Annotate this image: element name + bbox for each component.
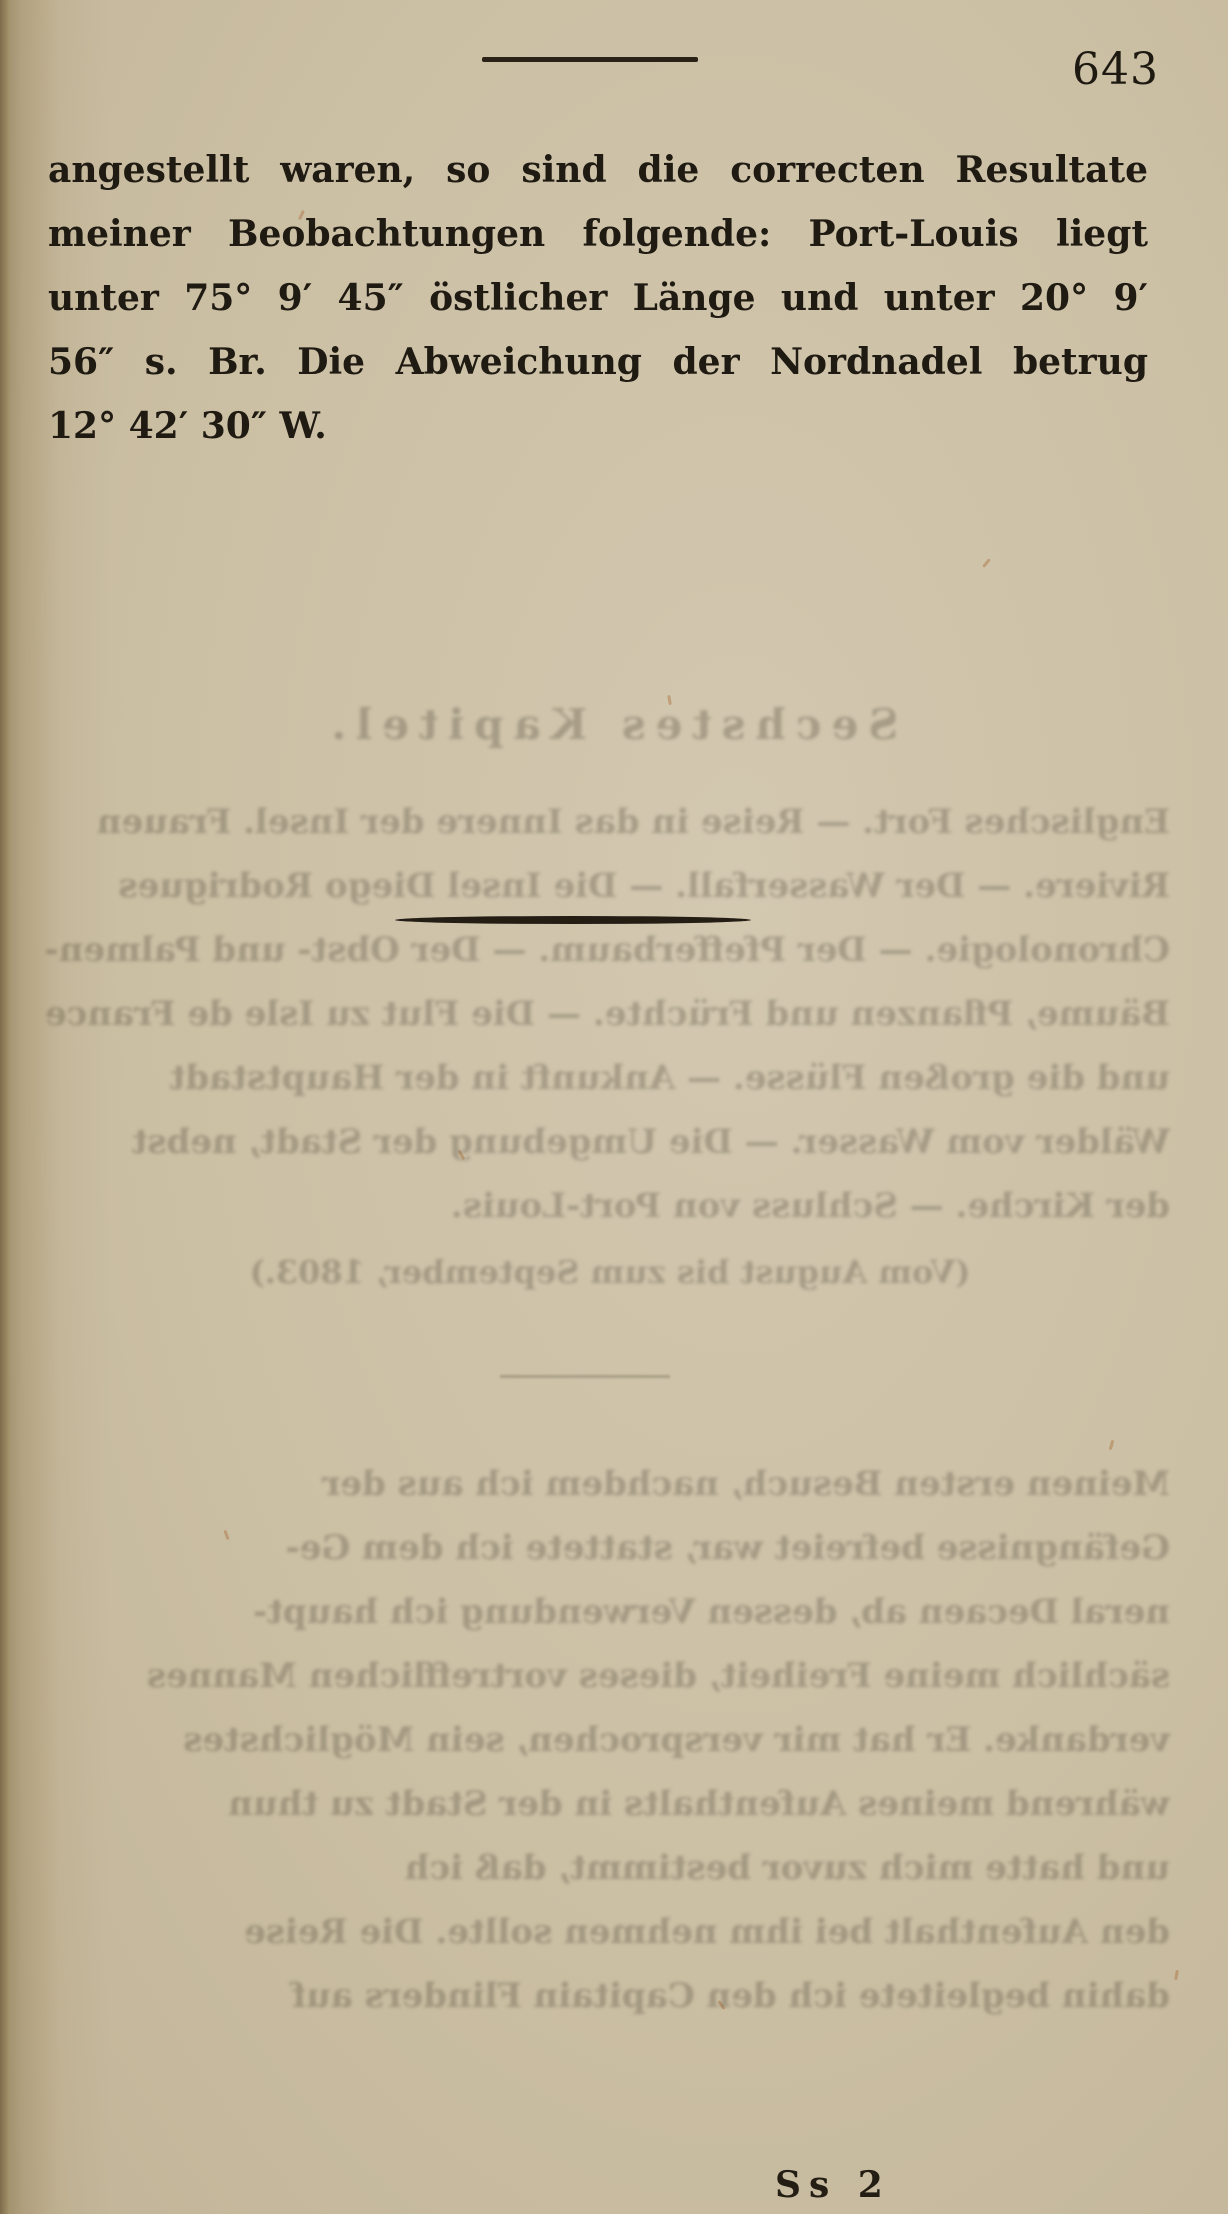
bleed-line: während meines Aufenthalts in der Stadt … xyxy=(50,1772,1170,1836)
bleed-line: und die großen Flüsse. — Ankunft in der … xyxy=(50,1046,1170,1110)
bleed-line: Meinen ersten Besuch, nachdem ich aus de… xyxy=(50,1452,1170,1516)
signature-mark: Ss 2 xyxy=(775,2164,891,2206)
bleed-line: verdanke. Er hat mir versprochen, sein M… xyxy=(50,1708,1170,1772)
text-line: 12° 42′ 30″ W. xyxy=(48,394,1148,458)
bleed-line: Bäume, Pflanzen und Früchte. — Die Flut … xyxy=(50,982,1170,1046)
bleed-line: Wälder vom Wasser. — Die Umgebung der St… xyxy=(50,1110,1170,1174)
text-line: 56″ s. Br. Die Abweichung der Nordnadel … xyxy=(48,330,1148,394)
bleed-line: und hatte mich zuvor bestimmt, daß ich xyxy=(50,1836,1170,1900)
bleed-line: neral Decaen ab, dessen Verwendung ich h… xyxy=(50,1580,1170,1644)
bleed-through-date-range: (Vom August bis zum September, 1803.) xyxy=(50,1240,1170,1304)
bleed-line: Chronologie. — Der Pfefferbaum. — Der Ob… xyxy=(50,918,1170,982)
body-paragraph: angestellt waren, so sind die correcten … xyxy=(48,138,1148,458)
bleed-through-title: Sechstes Kapitel. xyxy=(50,700,1170,749)
bleed-line: sächlich meine Freiheit, dieses vortreff… xyxy=(50,1644,1170,1708)
section-rule xyxy=(395,916,751,924)
header-rule xyxy=(482,57,698,62)
bleed-line: der Kirche. — Schluss von Port-Louis. xyxy=(50,1174,1170,1238)
document-page: 643 angestellt waren, so sind die correc… xyxy=(0,0,1228,2214)
bleed-line: Riviere. — Der Wasserfall. — Die Insel D… xyxy=(50,854,1170,918)
bleed-through-rule xyxy=(500,1375,670,1378)
bleed-through-summary: Englisches Fort. — Reise in das Innere d… xyxy=(50,790,1170,1238)
bleed-line: Englisches Fort. — Reise in das Innere d… xyxy=(50,790,1170,854)
text-line: angestellt waren, so sind die correcten … xyxy=(48,138,1148,202)
bleed-line: dahin begleitete ich den Capitain Flinde… xyxy=(50,1964,1170,2028)
page-number: 643 xyxy=(1072,44,1159,95)
text-line: unter 75° 9′ 45″ östlicher Länge und unt… xyxy=(48,266,1148,330)
bleed-line: Gefängnisse befreiet war, stattete ich d… xyxy=(50,1516,1170,1580)
bleed-through-paragraph: Meinen ersten Besuch, nachdem ich aus de… xyxy=(50,1452,1170,2028)
text-line: meiner Beobachtungen folgende: Port-Loui… xyxy=(48,202,1148,266)
paper-fiber xyxy=(1109,1440,1114,1450)
bleed-line: den Aufenthalt bei ihm nehmen sollte. Di… xyxy=(50,1900,1170,1964)
paper-fiber xyxy=(982,558,991,568)
paper-fiber xyxy=(1174,1970,1179,1980)
page-spine-edge xyxy=(0,0,10,2214)
